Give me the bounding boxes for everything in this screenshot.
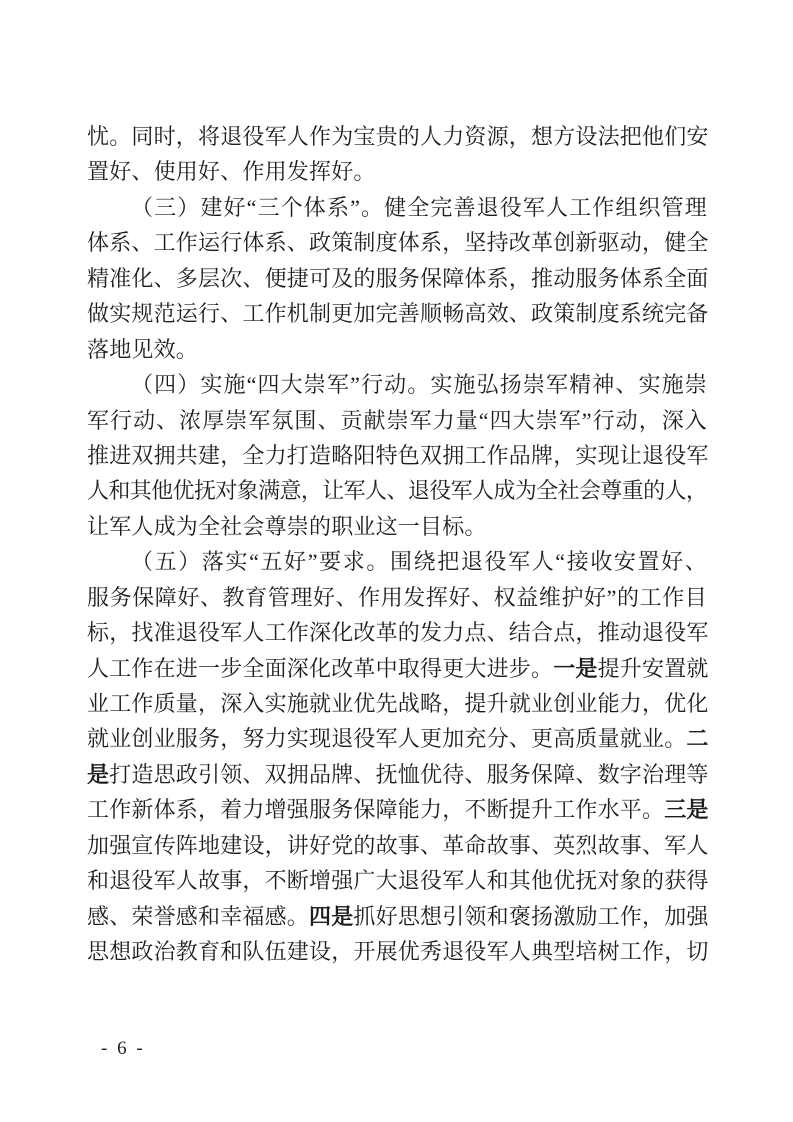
text-line: 落地见效。 — [87, 332, 707, 367]
text-run: 思想政治教育和队伍建设，开展优秀退役军人典型培树工作，切 — [87, 939, 709, 964]
text-line: 精准化、多层次、便捷可及的服务保障体系，推动服务体系全面 — [87, 261, 707, 296]
text-run: 服务保障好、教育管理好、作用发挥好、权益维护好”的工作目 — [87, 585, 707, 610]
text-run: 让军人成为全社会尊崇的职业这一目标。 — [87, 514, 487, 539]
text-line: 和退役军人故事，不断增强广大退役军人和其他优抚对象的获得 — [87, 863, 707, 898]
text-line: 推进双拥共建，全力打造略阳特色双拥工作品牌，实现让退役军 — [87, 438, 707, 473]
bold-text-run: 一是 — [553, 656, 597, 681]
text-run: 工作新体系，着力增强服务保障能力，不断提升工作水平。 — [87, 797, 664, 822]
bold-text-run: 是 — [87, 762, 109, 787]
text-run: 军行动、浓厚崇军氛围、贡献崇军力量“四大崇军”行动，深入 — [87, 408, 707, 433]
text-line: 就业创业服务，努力实现退役军人更加充分、更高质量就业。二 — [87, 721, 707, 756]
text-line: 军行动、浓厚崇军氛围、贡献崇军力量“四大崇军”行动，深入 — [87, 403, 707, 438]
text-run: 人工作在进一步全面深化改革中取得更大进步。 — [87, 656, 553, 681]
text-line: 加强宣传阵地建设，讲好党的故事、革命故事、英烈故事、军人 — [87, 828, 707, 863]
text-line: 业工作质量，深入实施就业优先战略，提升就业创业能力，优化 — [87, 686, 707, 721]
text-line: 思想政治教育和队伍建设，开展优秀退役军人典型培树工作，切 — [87, 934, 707, 969]
text-run: 置好、使用好、作用发挥好。 — [87, 159, 376, 184]
text-line: 人工作在进一步全面深化改革中取得更大进步。一是提升安置就 — [87, 651, 707, 686]
bold-text-run: 三是 — [664, 797, 708, 822]
text-run: 忧。同时，将退役军人作为宝贵的人力资源，想方设法把他们安 — [87, 124, 709, 149]
text-line: 工作新体系，着力增强服务保障能力，不断提升工作水平。三是 — [87, 792, 707, 827]
text-line: 人和其他优抚对象满意，让军人、退役军人成为全社会尊重的人， — [87, 473, 707, 508]
text-line: 体系、工作运行体系、政策制度体系，坚持改革创新驱动，健全 — [87, 225, 707, 260]
text-line: 服务保障好、教育管理好、作用发挥好、权益维护好”的工作目 — [87, 580, 707, 615]
text-run: 和退役军人故事，不断增强广大退役军人和其他优抚对象的获得 — [87, 868, 709, 893]
text-line: 是打造思政引领、双拥品牌、抚恤优待、服务保障、数字治理等 — [87, 757, 707, 792]
text-line: （五）落实“五好”要求。围绕把退役军人“接收安置好、 — [87, 544, 707, 579]
text-line: 置好、使用好、作用发挥好。 — [87, 154, 707, 189]
text-run: 打造思政引领、双拥品牌、抚恤优待、服务保障、数字治理等 — [109, 762, 708, 787]
text-line: 感、荣誉感和幸福感。四是抓好思想引领和褒扬激励工作，加强 — [87, 899, 707, 934]
text-line: 忧。同时，将退役军人作为宝贵的人力资源，想方设法把他们安 — [87, 119, 707, 154]
page-number: - 6 - — [101, 1038, 145, 1060]
text-run: 就业创业服务，努力实现退役军人更加充分、更高质量就业。 — [87, 726, 686, 751]
text-run: 标，找准退役军人工作深化改革的发力点、结合点，推动退役军 — [87, 620, 709, 645]
text-run: 业工作质量，深入实施就业优先战略，提升就业创业能力，优化 — [87, 691, 709, 716]
text-line: （三）建好“三个体系”。健全完善退役军人工作组织管理 — [87, 190, 707, 225]
text-run: （四）实施“四大崇军”行动。实施弘扬崇军精神、实施崇 — [131, 372, 707, 397]
text-run: 精准化、多层次、便捷可及的服务保障体系，推动服务体系全面 — [87, 266, 709, 291]
text-run: 人和其他优抚对象满意，让军人、退役军人成为全社会尊重的人， — [87, 478, 707, 503]
text-run: 落地见效。 — [87, 337, 198, 362]
bold-text-run: 四是 — [309, 904, 353, 929]
text-run: 推进双拥共建，全力打造略阳特色双拥工作品牌，实现让退役军 — [87, 443, 709, 468]
text-run: 提升安置就 — [598, 656, 709, 681]
document-page: 忧。同时，将退役军人作为宝贵的人力资源，想方设法把他们安置好、使用好、作用发挥好… — [0, 0, 793, 1122]
text-line: 标，找准退役军人工作深化改革的发力点、结合点，推动退役军 — [87, 615, 707, 650]
document-body: 忧。同时，将退役军人作为宝贵的人力资源，想方设法把他们安置好、使用好、作用发挥好… — [87, 119, 707, 970]
bold-text-run: 二 — [686, 726, 708, 751]
text-run: 感、荣誉感和幸福感。 — [87, 904, 309, 929]
text-run: 加强宣传阵地建设，讲好党的故事、革命故事、英烈故事、军人 — [87, 833, 709, 858]
text-run: 抓好思想引领和褒扬激励工作，加强 — [353, 904, 708, 929]
text-run: （五）落实“五好”要求。围绕把退役军人“接收安置好、 — [131, 549, 707, 574]
text-line: （四）实施“四大崇军”行动。实施弘扬崇军精神、实施崇 — [87, 367, 707, 402]
text-run: （三）建好“三个体系”。健全完善退役军人工作组织管理 — [131, 195, 707, 220]
text-line: 做实规范运行、工作机制更加完善顺畅高效、政策制度系统完备 — [87, 296, 707, 331]
text-run: 体系、工作运行体系、政策制度体系，坚持改革创新驱动，健全 — [87, 230, 709, 255]
text-line: 让军人成为全社会尊崇的职业这一目标。 — [87, 509, 707, 544]
text-run: 做实规范运行、工作机制更加完善顺畅高效、政策制度系统完备 — [87, 301, 709, 326]
